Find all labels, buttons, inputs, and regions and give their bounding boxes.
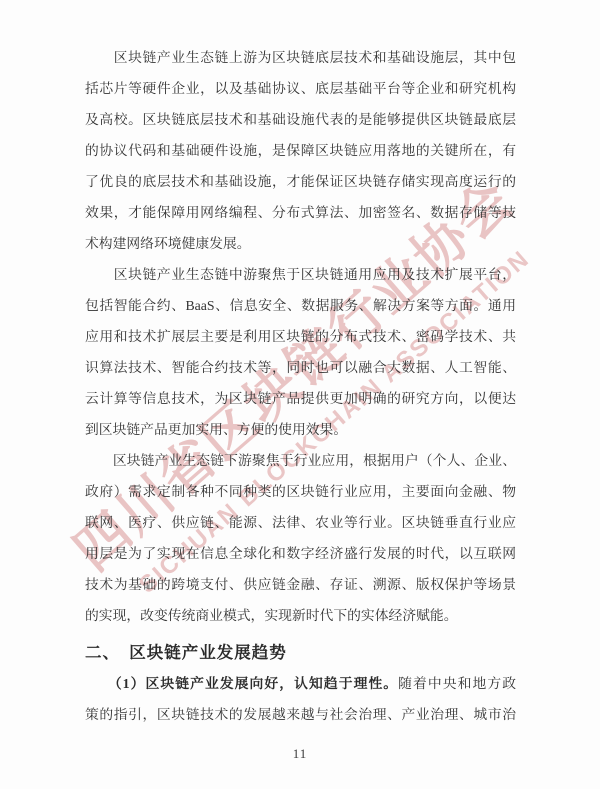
text-line: 联网、医疗、供应链、能源、法律、农业等行业。区块链垂直行业应	[85, 507, 516, 538]
paragraph-upstream: 区块链产业生态链上游为区块链底层技术和基础设施层，其中包括芯片等硬件企业，以及基…	[85, 42, 516, 259]
text-line: 包括智能合约、BaaS、信息安全、数据服务、解决方案等方面。通用	[85, 290, 516, 321]
text-line: 用层是为了实现在信息全球化和数字经济盛行发展的时代，以互联网	[85, 538, 516, 569]
text-line: 到区块链产品更加实用、方便的使用效果。	[85, 414, 516, 445]
text-line: 云计算等信息技术，为区块链产品提供更加明确的研究方向，以便达	[85, 383, 516, 414]
trend-bold-lead: （1）区块链产业发展向好，认知趋于理性。	[85, 676, 398, 691]
text-line: 区块链产业生态链中游聚焦于区块链通用应用及技术扩展平台，	[85, 259, 516, 290]
paragraph-trend: （1）区块链产业发展向好，认知趋于理性。随着中央和地方政 策的指引，区块链技术的…	[85, 668, 516, 730]
paragraph-midstream: 区块链产业生态链中游聚焦于区块链通用应用及技术扩展平台，包括智能合约、BaaS、…	[85, 259, 516, 445]
text-line: 效果，才能保障用网络编程、分布式算法、加密签名、数据存储等技	[85, 197, 516, 228]
trend-line1-rest: 随着中央和地方政	[398, 676, 516, 691]
document-content: 区块链产业生态链上游为区块链底层技术和基础设施层，其中包括芯片等硬件企业，以及基…	[85, 42, 516, 730]
page-number: 11	[0, 746, 600, 762]
text-line: 及高校。区块链底层技术和基础设施代表的是能够提供区块链最底层	[85, 104, 516, 135]
text-line: 识算法技术、智能合约技术等，同时也可以融合大数据、人工智能、	[85, 352, 516, 383]
text-line: 区块链产业生态链上游为区块链底层技术和基础设施层，其中包	[85, 42, 516, 73]
text-line: 技术为基础的跨境支付、供应链金融、存证、溯源、版权保护等场景	[85, 569, 516, 600]
text-line: 括芯片等硬件企业，以及基础协议、底层基础平台等企业和研究机构	[85, 73, 516, 104]
text-line: 的协议代码和基础硬件设施，是保障区块链应用落地的关键所在，有	[85, 135, 516, 166]
text-line: 的实现，改变传统商业模式，实现新时代下的实体经济赋能。	[85, 600, 516, 631]
text-line: 区块链产业生态链下游聚焦于行业应用，根据用户（个人、企业、	[85, 445, 516, 476]
text-line: 了优良的底层技术和基础设施，才能保证区块链存储实现高度运行的	[85, 166, 516, 197]
text-line: 术构建网络环境健康发展。	[85, 228, 516, 259]
paragraph-downstream: 区块链产业生态链下游聚焦于行业应用，根据用户（个人、企业、政府）需求定制各种不同…	[85, 445, 516, 631]
text-line: 政府）需求定制各种不同种类的区块链行业应用，主要面向金融、物	[85, 476, 516, 507]
text-line: 应用和技术扩展层主要是利用区块链的分布式技术、密码学技术、共	[85, 321, 516, 352]
document-page: 四川省区块链行业协会 SICHUAN BLOCKCHAIN ASSOCIATIO…	[0, 0, 600, 789]
text-line: （1）区块链产业发展向好，认知趋于理性。随着中央和地方政	[85, 668, 516, 699]
text-line: 策的指引，区块链技术的发展越来越与社会治理、产业治理、城市治	[85, 699, 516, 730]
section-heading: 二、 区块链产业发展趋势	[85, 637, 516, 668]
